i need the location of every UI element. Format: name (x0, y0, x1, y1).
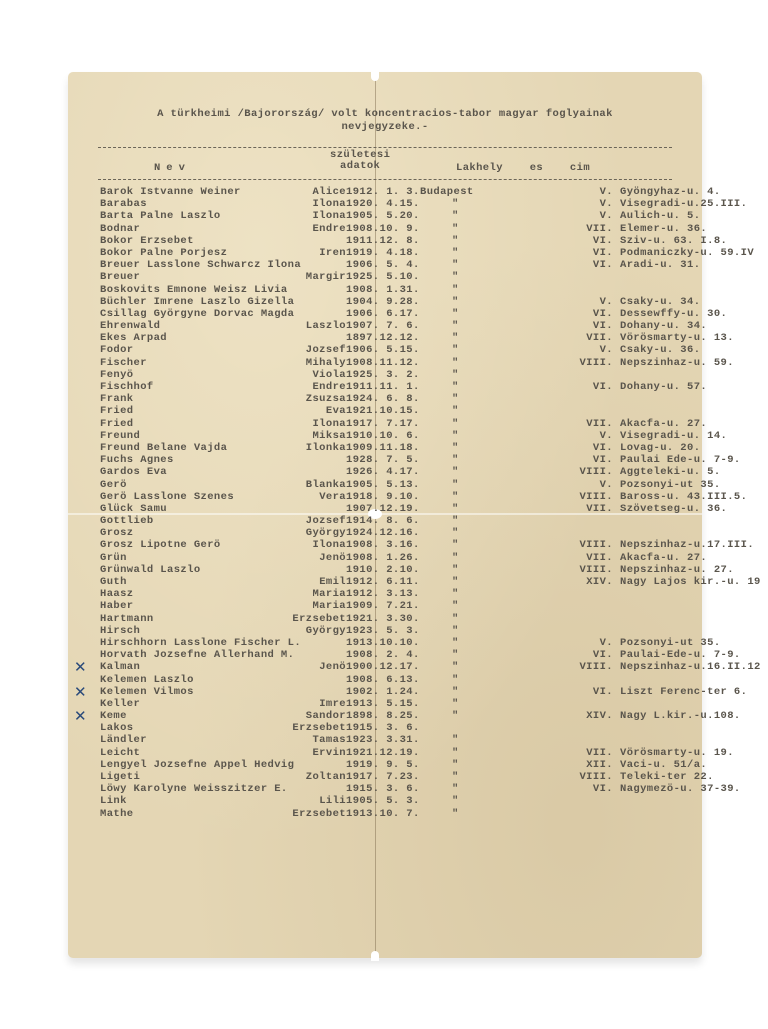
surname-cell: Hirschhorn Lasslone Fischer L. (100, 637, 301, 649)
city-cell: " (452, 539, 459, 551)
handwritten-x-mark: ✕ (74, 710, 87, 722)
birth-date-cell: 1906. 6.17. (346, 308, 420, 320)
birth-date-cell: 1909.11.18. (346, 442, 420, 454)
surname-cell: Bodnar (100, 223, 140, 235)
district-cell: VI. (468, 686, 613, 698)
surname-cell: Fischhof (100, 381, 154, 393)
city-cell: " (452, 734, 459, 746)
surname-cell: Leicht (100, 747, 140, 759)
birth-date-cell: 1907.12.19. (346, 503, 420, 515)
list-row: LakosErzsebet1915. 3. 6. (100, 722, 700, 734)
city-cell: " (452, 344, 459, 356)
birth-date-cell: 1919. 4.18. (346, 247, 420, 259)
district-cell: V. (468, 198, 613, 210)
city-cell: " (452, 613, 459, 625)
district-cell: VIII. (468, 564, 613, 576)
surname-cell: Löwy Karolyne Weisszitzer E. (100, 783, 288, 795)
city-cell: " (452, 223, 459, 235)
city-cell: " (452, 527, 459, 539)
list-row: Lengyel Jozsefne Appel Hedvig1919. 9. 5.… (100, 759, 700, 771)
birth-date-cell: 1905. 5. 3. (346, 795, 420, 807)
first-name-cell: Ilona (280, 210, 346, 222)
surname-cell: Lengyel Jozsefne Appel Hedvig (100, 759, 294, 771)
first-name-cell: Sandor (280, 710, 346, 722)
city-cell: " (452, 284, 459, 296)
first-name-cell: Endre (280, 381, 346, 393)
birth-date-cell: 1925. 5.10. (346, 271, 420, 283)
list-row: FriedIlona1917. 7.17."VII.Akacfa-u. 27. (100, 418, 700, 430)
city-cell: " (452, 674, 459, 686)
surname-cell: Freund (100, 430, 140, 442)
surname-cell: Breuer (100, 271, 140, 283)
street-cell: Podmaniczky-u. 59.IV (620, 247, 754, 259)
first-name-cell: György (280, 527, 346, 539)
list-row: HaaszMaria1912. 3.13." (100, 588, 700, 600)
list-row: KellerImre1913. 5.15." (100, 698, 700, 710)
surname-cell: Grosz (100, 527, 134, 539)
district-cell: VII. (468, 552, 613, 564)
city-cell: " (452, 418, 459, 430)
birth-date-cell: 1911.11. 1. (346, 381, 420, 393)
surname-cell: Freund Belane Vajda (100, 442, 227, 454)
city-cell: " (452, 259, 459, 271)
list-row: Hirschhorn Lasslone Fischer L.1913.10.10… (100, 637, 700, 649)
district-cell: VIII. (468, 771, 613, 783)
surname-cell: Kelemen Laszlo (100, 674, 194, 686)
surname-cell: Büchler Imrene Laszlo Gizella (100, 296, 294, 308)
surname-cell: Grünwald Laszlo (100, 564, 201, 576)
list-row: Glück Samu1907.12.19."VII.Szövetseg-u. 3… (100, 503, 700, 515)
list-row: Freund Belane VajdaIlonka1909.11.18."VI.… (100, 442, 700, 454)
street-cell: Nepszinhaz-u. 59. (620, 357, 734, 369)
district-cell: VII. (468, 503, 613, 515)
surname-cell: Grosz Lipotne Gerö (100, 539, 221, 551)
street-cell: Nepszinhaz-u. 27. (620, 564, 734, 576)
surname-cell: Gottlieb (100, 515, 154, 527)
prisoner-list: Barok Istvanne WeinerAlice1912. 1. 3.Bud… (100, 186, 700, 820)
first-name-cell: Laszlo (280, 320, 346, 332)
city-cell: " (452, 393, 459, 405)
first-name-cell: Maria (280, 600, 346, 612)
city-cell: " (452, 308, 459, 320)
district-cell: VI. (468, 381, 613, 393)
street-cell: Vaci-u. 51/a. (620, 759, 707, 771)
list-row: FenyöViola1925. 3. 2." (100, 369, 700, 381)
first-name-cell: Erzsebet (280, 808, 346, 820)
list-row: HaberMaria1909. 7.21." (100, 600, 700, 612)
birth-date-cell: 1915. 3. 6. (346, 722, 420, 734)
first-name-cell: Lili (280, 795, 346, 807)
surname-cell: Csillag Györgyne Dorvac Magda (100, 308, 294, 320)
surname-cell: Keme (100, 710, 127, 722)
birth-date-cell: 1910.10. 6. (346, 430, 420, 442)
first-name-cell: Maria (280, 588, 346, 600)
street-cell: Aggteleki-u. 5. (620, 466, 721, 478)
surname-cell: Lakos (100, 722, 134, 734)
list-row: Grünwald Laszlo1910. 2.10."VIII.Nepszinh… (100, 564, 700, 576)
city-cell: " (452, 625, 459, 637)
city-cell: " (452, 430, 459, 442)
first-name-cell: Viola (280, 369, 346, 381)
district-cell: V. (468, 344, 613, 356)
first-name-cell: György (280, 625, 346, 637)
surname-cell: Bokor Palne Porjesz (100, 247, 227, 259)
district-cell: VIII. (468, 491, 613, 503)
birth-header-line-2: adatok (330, 161, 390, 172)
first-name-cell: Ilona (280, 418, 346, 430)
district-cell: VIII. (468, 661, 613, 673)
birth-date-cell: 1919. 9. 5. (346, 759, 420, 771)
street-cell: Dohany-u. 57. (620, 381, 707, 393)
district-cell: VI. (468, 649, 613, 661)
district-cell: VI. (468, 320, 613, 332)
birth-date-cell: 1918. 9.10. (346, 491, 420, 503)
list-row: GeröBlanka1905. 5.13."V.Pozsonyi-ut 35. (100, 479, 700, 491)
list-row: FrankZsuzsa1924. 6. 8." (100, 393, 700, 405)
city-cell: " (452, 759, 459, 771)
birth-date-cell: 1914. 8. 6. (346, 515, 420, 527)
list-row: Büchler Imrene Laszlo Gizella1904. 9.28.… (100, 296, 700, 308)
street-cell: Aulich-u. 5. (620, 210, 700, 222)
surname-cell: Fried (100, 418, 134, 430)
surname-cell: Bokor Erzsebet (100, 235, 194, 247)
birth-date-cell: 1908.10. 9. (346, 223, 420, 235)
district-cell: V. (468, 637, 613, 649)
street-cell: Aradi-u. 31. (620, 259, 700, 271)
city-cell: " (452, 454, 459, 466)
surname-cell: Barabas (100, 198, 147, 210)
birth-date-cell: 1924. 6. 8. (346, 393, 420, 405)
birth-date-cell: 1912. 6.11. (346, 576, 420, 588)
list-row: HirschGyörgy1923. 5. 3." (100, 625, 700, 637)
surname-cell: Barok Istvanne Weiner (100, 186, 241, 198)
list-row: Horvath Jozsefne Allerhand M.1908. 2. 4.… (100, 649, 700, 661)
list-row: Bokor Palne PorjeszIren1919. 4.18."VI.Po… (100, 247, 700, 259)
surname-cell: Kalman (100, 661, 140, 673)
city-cell: Budapest (420, 186, 474, 198)
city-cell: " (452, 357, 459, 369)
first-name-cell: Jozsef (280, 344, 346, 356)
birth-date-cell: 1925. 3. 2. (346, 369, 420, 381)
surname-cell: Keller (100, 698, 140, 710)
district-cell: V. (468, 479, 613, 491)
street-cell: Szövetseg-u. 36. (620, 503, 727, 515)
birth-date-cell: 1913. 5.15. (346, 698, 420, 710)
city-cell: " (452, 442, 459, 454)
birth-date-cell: 1908. 1.26. (346, 552, 420, 564)
district-cell: V. (468, 186, 613, 198)
list-row: Gardos Eva1926. 4.17."VIII.Aggteleki-u. … (100, 466, 700, 478)
city-cell: " (452, 600, 459, 612)
list-row: Boskovits Emnone Weisz Livia1908. 1.31." (100, 284, 700, 296)
street-cell: Nagy Lajos kir.-u. 19 (620, 576, 761, 588)
street-cell: Baross-u. 43.III.5. (620, 491, 747, 503)
list-row: BreuerMargir1925. 5.10." (100, 271, 700, 283)
birth-date-cell: 1897.12.12. (346, 332, 420, 344)
street-cell: Teleki-ter 22. (620, 771, 714, 783)
street-cell: Akacfa-u. 27. (620, 418, 707, 430)
street-cell: Csaky-u. 34. (620, 296, 700, 308)
first-name-cell: Imre (280, 698, 346, 710)
list-row: ✕KalmanJenö1900.12.17."VIII.Nepszinhaz-u… (100, 661, 700, 673)
district-cell: VII. (468, 332, 613, 344)
surname-cell: Frank (100, 393, 134, 405)
birth-date-cell: 1921. 3.30. (346, 613, 420, 625)
first-name-cell: Zsuzsa (280, 393, 346, 405)
city-cell: " (452, 564, 459, 576)
handwritten-x-mark: ✕ (74, 661, 87, 673)
surname-cell: Haber (100, 600, 134, 612)
city-cell: " (452, 795, 459, 807)
title-line-1: A türkheimi /Bajorország/ volt koncentra… (68, 108, 702, 121)
street-cell: Lovag-u. 20. (620, 442, 700, 454)
district-cell: VII. (468, 747, 613, 759)
birth-date-cell: 1907. 7. 6. (346, 320, 420, 332)
district-cell: XIV. (468, 576, 613, 588)
first-name-cell: Miksa (280, 430, 346, 442)
first-name-cell: Blanka (280, 479, 346, 491)
first-name-cell: Emil (280, 576, 346, 588)
city-cell: " (452, 198, 459, 210)
bottom-fold-notch (371, 951, 379, 961)
surname-cell: Gardos Eva (100, 466, 167, 478)
first-name-cell: Ervin (280, 747, 346, 759)
list-row: ✕Kelemen Vilmos1902. 1.24."VI.Liszt Fere… (100, 686, 700, 698)
birth-date-cell: 1908. 6.13. (346, 674, 420, 686)
surname-cell: Horvath Jozsefne Allerhand M. (100, 649, 294, 661)
city-cell: " (452, 747, 459, 759)
city-cell: " (452, 369, 459, 381)
list-row: Fuchs Agnes1928. 7. 5."VI.Paulai Ede-u. … (100, 454, 700, 466)
first-name-cell: Endre (280, 223, 346, 235)
birth-date-cell: 1908. 3.16. (346, 539, 420, 551)
city-cell: " (452, 771, 459, 783)
list-row: FischhofEndre1911.11. 1."VI.Dohany-u. 57… (100, 381, 700, 393)
street-cell: Paulai-Ede-u. 7-9. (620, 649, 741, 661)
typewritten-document: A türkheimi /Bajorország/ volt koncentra… (68, 72, 702, 958)
list-row: Grosz Lipotne GeröIlona1908. 3.16."VIII.… (100, 539, 700, 551)
birth-date-cell: 1905. 5.13. (346, 479, 420, 491)
street-cell: Gyöngyhaz-u. 4. (620, 186, 721, 198)
list-row: BodnarEndre1908.10. 9."VII.Elemer-u. 36. (100, 223, 700, 235)
district-cell: V. (468, 296, 613, 308)
birth-date-cell: 1924.12.16. (346, 527, 420, 539)
list-row: FreundMiksa1910.10. 6."V.Visegradi-u. 14… (100, 430, 700, 442)
birth-date-cell: 1909. 7.21. (346, 600, 420, 612)
birth-date-cell: 1910. 2.10. (346, 564, 420, 576)
list-row: Breuer Lasslone Schwarcz Ilona1906. 5. 4… (100, 259, 700, 271)
city-cell: " (452, 698, 459, 710)
list-row: EhrenwaldLaszlo1907. 7. 6."VI.Dohany-u. … (100, 320, 700, 332)
first-name-cell: Alice (280, 186, 346, 198)
list-row: Kelemen Laszlo1908. 6.13." (100, 674, 700, 686)
city-cell: " (452, 381, 459, 393)
street-cell: Dessewffy-u. 30. (620, 308, 727, 320)
city-cell: " (452, 588, 459, 600)
street-cell: Vörösmarty-u. 19. (620, 747, 734, 759)
list-row: GroszGyörgy1924.12.16." (100, 527, 700, 539)
city-cell: " (452, 649, 459, 661)
birth-date-cell: 1905. 5.20. (346, 210, 420, 222)
street-cell: Vörösmarty-u. 13. (620, 332, 734, 344)
surname-cell: Boskovits Emnone Weisz Livia (100, 284, 288, 296)
first-name-cell: Erzsebet (280, 613, 346, 625)
birth-date-cell: 1911.12. 8. (346, 235, 420, 247)
street-cell: Pozsonyi-ut 35. (620, 637, 721, 649)
surname-cell: Kelemen Vilmos (100, 686, 194, 698)
city-cell: " (452, 479, 459, 491)
district-cell: VI. (468, 442, 613, 454)
surname-cell: Fodor (100, 344, 134, 356)
birth-date-cell: 1921.12.19. (346, 747, 420, 759)
list-row: LeichtErvin1921.12.19."VII.Vörösmarty-u.… (100, 747, 700, 759)
surname-cell: Barta Palne Laszlo (100, 210, 221, 222)
column-header-birth: születesi adatok (330, 150, 390, 172)
list-row: LändlerTamas1923. 3.31." (100, 734, 700, 746)
surname-cell: Link (100, 795, 127, 807)
city-cell: " (452, 210, 459, 222)
birth-date-cell: 1908. 2. 4. (346, 649, 420, 661)
header-bottom-rule (98, 179, 672, 181)
birth-date-cell: 1926. 4.17. (346, 466, 420, 478)
surname-cell: Hirsch (100, 625, 140, 637)
city-cell: " (452, 296, 459, 308)
district-cell: VIII. (468, 466, 613, 478)
district-cell: VI. (468, 308, 613, 320)
surname-cell: Ligeti (100, 771, 140, 783)
surname-cell: Gerö (100, 479, 127, 491)
column-header-residence: Lakhely es cim (456, 162, 590, 174)
birth-date-cell: 1902. 1.24. (346, 686, 420, 698)
surname-cell: Guth (100, 576, 127, 588)
district-cell: VII. (468, 418, 613, 430)
list-row: Bokor Erzsebet1911.12. 8."VI.Sziv-u. 63.… (100, 235, 700, 247)
first-name-cell: Ilona (280, 539, 346, 551)
first-name-cell: Ilona (280, 198, 346, 210)
list-row: LinkLili1905. 5. 3." (100, 795, 700, 807)
surname-cell: Ekes Arpad (100, 332, 167, 344)
list-row: BarabasIlona1920. 4.15."V.Visegradi-u.25… (100, 198, 700, 210)
street-cell: Visegradi-u.25.III. (620, 198, 747, 210)
list-row: Csillag Györgyne Dorvac Magda1906. 6.17.… (100, 308, 700, 320)
birth-date-cell: 1923. 5. 3. (346, 625, 420, 637)
city-cell: " (452, 552, 459, 564)
street-cell: Visegradi-u. 14. (620, 430, 727, 442)
column-header-name: Nev (154, 162, 191, 174)
birth-date-cell: 1913.10.10. (346, 637, 420, 649)
city-cell: " (452, 491, 459, 503)
district-cell: VII. (468, 223, 613, 235)
first-name-cell: Jenö (280, 552, 346, 564)
surname-cell: Haasz (100, 588, 134, 600)
birth-date-cell: 1917. 7.17. (346, 418, 420, 430)
street-cell: Csaky-u. 36. (620, 344, 700, 356)
city-cell: " (452, 783, 459, 795)
first-name-cell: Zoltan (280, 771, 346, 783)
street-cell: Dohany-u. 34. (620, 320, 707, 332)
street-cell: Akacfa-u. 27. (620, 552, 707, 564)
surname-cell: Hartmann (100, 613, 154, 625)
handwritten-x-mark: ✕ (74, 686, 87, 698)
district-cell: XII. (468, 759, 613, 771)
first-name-cell: Eva (280, 405, 346, 417)
birth-date-cell: 1906. 5.15. (346, 344, 420, 356)
list-row: Barta Palne LaszloIlona1905. 5.20."V.Aul… (100, 210, 700, 222)
district-cell: V. (468, 210, 613, 222)
birth-date-cell: 1906. 5. 4. (346, 259, 420, 271)
list-row: Löwy Karolyne Weisszitzer E.1915. 3. 6."… (100, 783, 700, 795)
city-cell: " (452, 332, 459, 344)
surname-cell: Fried (100, 405, 134, 417)
street-cell: Nepszinhaz-u.16.II.12 (620, 661, 761, 673)
list-row: Gerö Lasslone SzenesVera1918. 9.10."VIII… (100, 491, 700, 503)
surname-cell: Ehrenwald (100, 320, 160, 332)
city-cell: " (452, 466, 459, 478)
city-cell: " (452, 405, 459, 417)
surname-cell: Fischer (100, 357, 147, 369)
list-row: Barok Istvanne WeinerAlice1912. 1. 3.Bud… (100, 186, 700, 198)
birth-date-cell: 1917. 7.23. (346, 771, 420, 783)
birth-date-cell: 1904. 9.28. (346, 296, 420, 308)
street-cell: Pozsonyi-ut 35. (620, 479, 721, 491)
birth-date-cell: 1898. 8.25. (346, 710, 420, 722)
district-cell: V. (468, 430, 613, 442)
first-name-cell: Tamas (280, 734, 346, 746)
list-row: FriedEva1921.10.15." (100, 405, 700, 417)
birth-date-cell: 1900.12.17. (346, 661, 420, 673)
city-cell: " (452, 247, 459, 259)
district-cell: VI. (468, 454, 613, 466)
list-row: LigetiZoltan1917. 7.23."VIII.Teleki-ter … (100, 771, 700, 783)
district-cell: XIV. (468, 710, 613, 722)
surname-cell: Glück Samu (100, 503, 167, 515)
title-line-2: nevjegyzeke.- (68, 121, 702, 134)
city-cell: " (452, 808, 459, 820)
surname-cell: Breuer Lasslone Schwarcz Ilona (100, 259, 301, 271)
birth-date-cell: 1908.11.12. (346, 357, 420, 369)
street-cell: Sziv-u. 63. I.8. (620, 235, 727, 247)
list-row: FodorJozsef1906. 5.15."V.Csaky-u. 36. (100, 344, 700, 356)
list-row: HartmannErzsebet1921. 3.30." (100, 613, 700, 625)
street-cell: Nepszinhaz-u.17.III. (620, 539, 754, 551)
city-cell: " (452, 320, 459, 332)
first-name-cell: Jenö (280, 661, 346, 673)
first-name-cell: Vera (280, 491, 346, 503)
top-fold-notch (371, 69, 379, 81)
birth-date-cell: 1923. 3.31. (346, 734, 420, 746)
first-name-cell: Iren (280, 247, 346, 259)
district-cell: VI. (468, 259, 613, 271)
district-cell: VIII. (468, 357, 613, 369)
district-cell: VI. (468, 783, 613, 795)
street-cell: Elemer-u. 36. (620, 223, 707, 235)
surname-cell: Fenyö (100, 369, 134, 381)
first-name-cell: Jozsef (280, 515, 346, 527)
city-cell: " (452, 271, 459, 283)
district-cell: VI. (468, 247, 613, 259)
district-cell: VI. (468, 235, 613, 247)
birth-date-cell: 1908. 1.31. (346, 284, 420, 296)
city-cell: " (452, 661, 459, 673)
list-row: FischerMihaly1908.11.12."VIII.Nepszinhaz… (100, 357, 700, 369)
city-cell: " (452, 576, 459, 588)
birth-date-cell: 1913.10. 7. (346, 808, 420, 820)
city-cell: " (452, 710, 459, 722)
birth-date-cell: 1912. 3.13. (346, 588, 420, 600)
city-cell: " (452, 235, 459, 247)
street-cell: Liszt Ferenc-ter 6. (620, 686, 747, 698)
street-cell: Nagymezö-u. 37-39. (620, 783, 741, 795)
